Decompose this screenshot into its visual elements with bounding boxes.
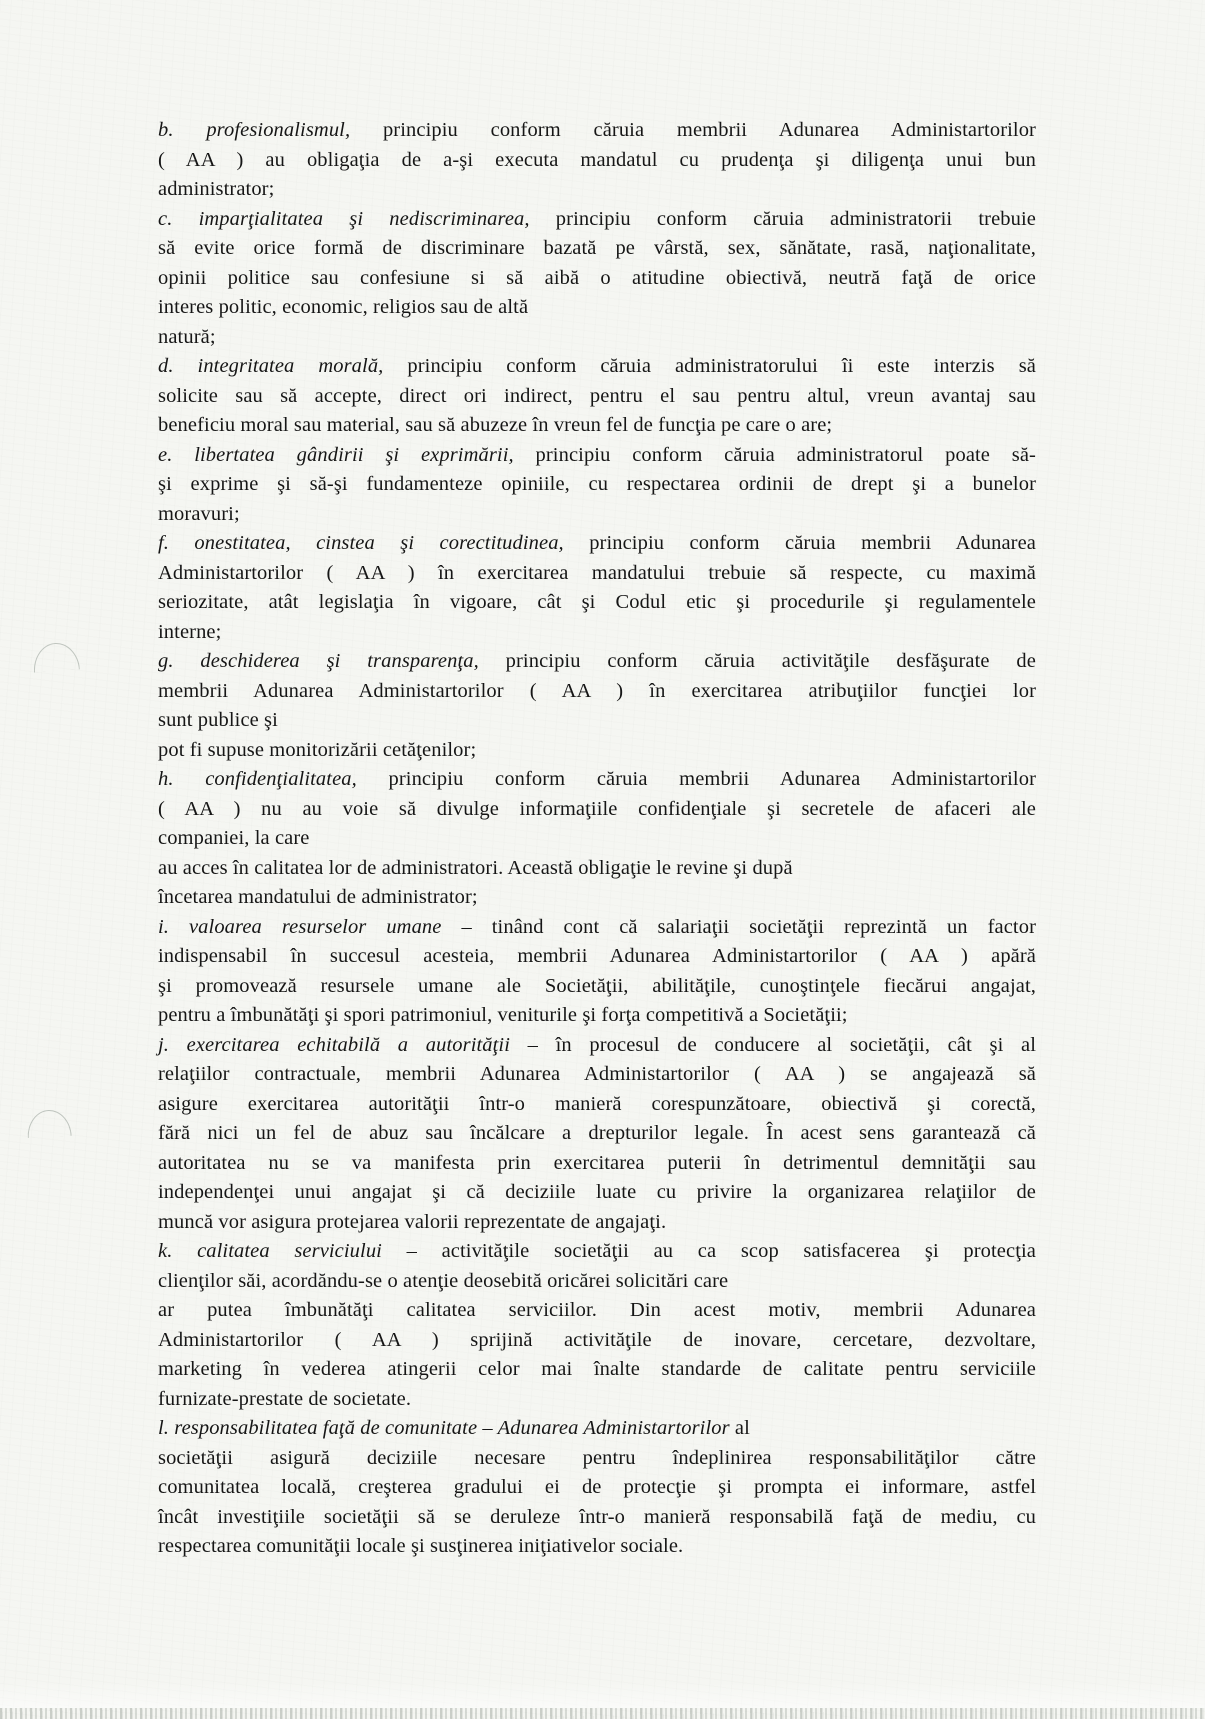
text-line-h-4: au acces în calitatea lor de administrat… [158, 854, 1036, 884]
paragraph-lead-italic: i. valoarea resurselor umane [158, 916, 441, 938]
document-text: b. profesionalismul, principiu conform c… [158, 116, 1036, 1562]
paragraph-lead-italic: j. exercitarea echitabilă a autorităţii [158, 1034, 510, 1056]
paragraph-lead-italic: b. profesionalismul, [158, 119, 350, 141]
text-line-f-2: Administartorilor ( AA ) în exercitarea … [158, 559, 1036, 589]
text-line-l-2: societăţii asigură deciziile necesare pe… [158, 1444, 1036, 1474]
text-line-i-1: i. valoarea resurselor umane – tinând co… [158, 913, 1036, 943]
text-line-h-1: h. confidenţialitatea, principiu conform… [158, 765, 1036, 795]
text-line-l-4: încât investiţiile societăţii să se deru… [158, 1503, 1036, 1533]
scan-edge-fade [0, 1682, 1205, 1708]
paragraph-lead-italic: c. imparţialitatea şi nediscriminarea, [158, 208, 530, 230]
text-line-j-1: j. exercitarea echitabilă a autorităţii … [158, 1031, 1036, 1061]
text-line-j-4: fără nici un fel de abuz sau încălcare a… [158, 1119, 1036, 1149]
text-line-d-2: solicite sau să accepte, direct ori indi… [158, 382, 1036, 412]
text-line-k-6: furnizate-prestate de societate. [158, 1385, 1036, 1415]
text-line-l-5: respectarea comunităţii locale şi susţin… [158, 1532, 1036, 1562]
text-line-i-3: şi promovează resursele umane ale Societ… [158, 972, 1036, 1002]
paragraph-lead-italic: h. confidenţialitatea, [158, 768, 357, 790]
text-line-b-3: administrator; [158, 175, 1036, 205]
scanned-document-page: b. profesionalismul, principiu conform c… [0, 0, 1205, 1719]
text-line-e-2: şi exprime şi să-şi fundamenteze opiniil… [158, 470, 1036, 500]
text-line-d-1: d. integritatea morală, principiu confor… [158, 352, 1036, 382]
text-line-i-4: pentru a îmbunătăţi şi spori patrimoniul… [158, 1001, 1036, 1031]
text-line-h-3: companiei, la care [158, 824, 1036, 854]
text-line-e-3: moravuri; [158, 500, 1036, 530]
text-line-j-6: independenţei unui angajat şi că decizii… [158, 1178, 1036, 1208]
pencil-arc-mark [32, 641, 80, 672]
text-line-g-4: pot fi supuse monitorizării cetăţenilor; [158, 736, 1036, 766]
text-line-k-5: marketing în vederea atingerii celor mai… [158, 1355, 1036, 1385]
text-line-l-3: comunitatea locală, creşterea gradului e… [158, 1473, 1036, 1503]
text-line-g-2: membrii Adunarea Administartorilor ( AA … [158, 677, 1036, 707]
text-line-d-3: beneficiu moral sau material, sau să abu… [158, 411, 1036, 441]
text-line-f-3: seriozitate, atât legislaţia în vigoare,… [158, 588, 1036, 618]
text-line-h-5: încetarea mandatului de administrator; [158, 883, 1036, 913]
text-line-c-3: opinii politice sau confesiune si să aib… [158, 264, 1036, 294]
text-line-j-2: relaţiilor contractuale, membrii Adunare… [158, 1060, 1036, 1090]
text-line-b-2: ( AA ) au obligaţia de a-şi executa mand… [158, 146, 1036, 176]
text-line-c-2: să evite orice formă de discriminare baz… [158, 234, 1036, 264]
paragraph-lead-italic: d. integritatea morală, [158, 355, 383, 377]
text-line-c-5: natură; [158, 323, 1036, 353]
text-line-j-5: autoritatea nu se va manifesta prin exer… [158, 1149, 1036, 1179]
text-line-c-4: interes politic, economic, religios sau … [158, 293, 1036, 323]
text-line-f-4: interne; [158, 618, 1036, 648]
paragraph-lead-italic: k. calitatea serviciului [158, 1240, 382, 1262]
pencil-arc-mark [26, 1109, 71, 1138]
text-line-k-3: ar putea îmbunătăţi calitatea serviciilo… [158, 1296, 1036, 1326]
text-line-l-1: l. responsabilitatea faţă de comunitate … [158, 1414, 1036, 1444]
text-line-k-2: clienţilor săi, acordăndu-se o atenţie d… [158, 1267, 1036, 1297]
paragraph-lead-italic: g. deschiderea şi transparenţa, [158, 650, 479, 672]
paragraph-lead-italic: f. onestitatea, cinstea şi corectitudine… [158, 532, 564, 554]
text-line-j-7: muncă vor asigura protejarea valorii rep… [158, 1208, 1036, 1238]
text-line-h-2: ( AA ) nu au voie să divulge informaţiil… [158, 795, 1036, 825]
text-line-c-1: c. imparţialitatea şi nediscriminarea, p… [158, 205, 1036, 235]
text-line-i-2: indispensabil în succesul acesteia, memb… [158, 942, 1036, 972]
text-line-g-1: g. deschiderea şi transparenţa, principi… [158, 647, 1036, 677]
text-line-e-1: e. libertatea gândirii şi exprimării, pr… [158, 441, 1036, 471]
text-line-g-3: sunt publice şi [158, 706, 1036, 736]
text-line-k-4: Administartorilor ( AA ) sprijină activi… [158, 1326, 1036, 1356]
paragraph-lead-italic: e. libertatea gândirii şi exprimării, [158, 444, 514, 466]
text-line-f-1: f. onestitatea, cinstea şi corectitudine… [158, 529, 1036, 559]
text-line-k-1: k. calitatea serviciului – activităţile … [158, 1237, 1036, 1267]
paragraph-lead-italic: l. responsabilitatea faţă de comunitate … [158, 1417, 730, 1439]
text-line-b-1: b. profesionalismul, principiu conform c… [158, 116, 1036, 146]
text-line-j-3: asigure exercitarea autorităţii într-o m… [158, 1090, 1036, 1120]
scan-edge-artifact [0, 1708, 1205, 1719]
